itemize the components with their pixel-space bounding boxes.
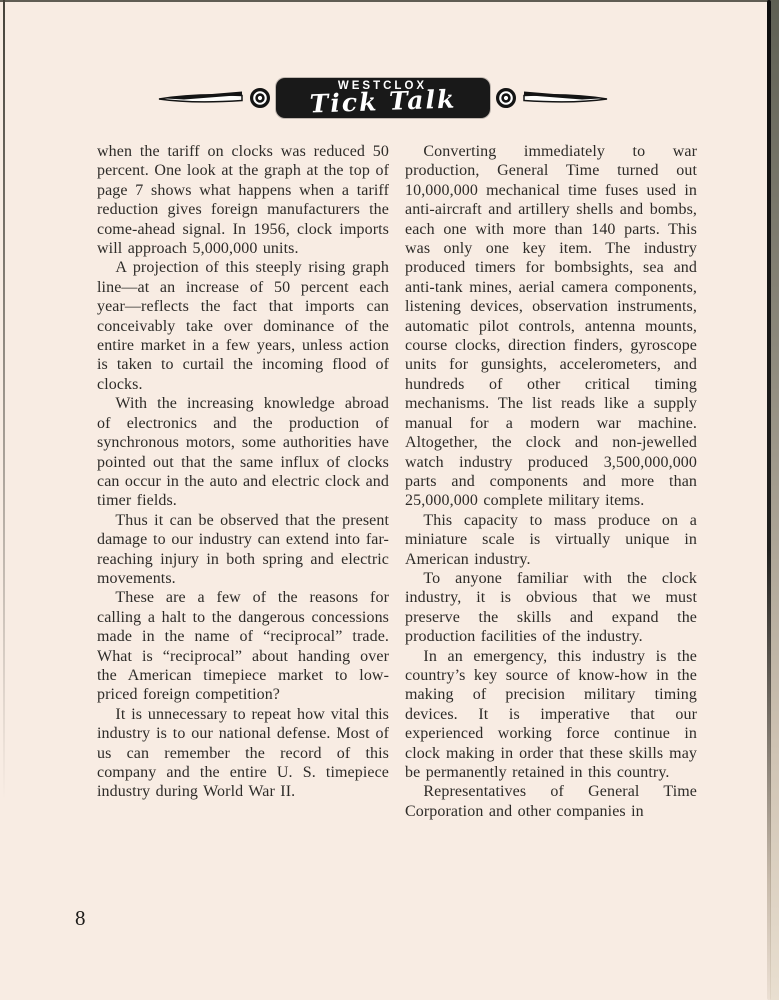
paragraph: Representatives of General Time Corporat… bbox=[405, 782, 697, 821]
page-number: 8 bbox=[75, 906, 86, 931]
paragraph: In an emergency, this industry is the co… bbox=[405, 647, 697, 783]
clock-hand-ornament-left-icon bbox=[158, 87, 244, 109]
grommet-ring-left-icon bbox=[249, 87, 271, 109]
paragraph: Converting immediately to war production… bbox=[405, 142, 697, 511]
paragraph: With the increasing knowledge abroad of … bbox=[97, 394, 389, 510]
logo-banner: WESTCLOX Tick Talk bbox=[276, 78, 490, 118]
clock-hand-ornament-right-icon bbox=[522, 87, 608, 109]
scan-edge-right-line bbox=[767, 0, 771, 1000]
paragraph: A projection of this steeply rising grap… bbox=[97, 258, 389, 394]
paragraph: Thus it can be observed that the present… bbox=[97, 511, 389, 589]
paragraph: when the tariff on clocks was reduced 50… bbox=[97, 142, 389, 258]
scan-edge-top bbox=[0, 0, 779, 2]
scan-edge-left bbox=[3, 0, 5, 1000]
article-body: when the tariff on clocks was reduced 50… bbox=[97, 142, 697, 821]
magazine-page-scan: WESTCLOX Tick Talk when the tariff on cl… bbox=[0, 0, 779, 1000]
paragraph: These are a few of the reasons for calli… bbox=[97, 588, 389, 704]
column-right: Converting immediately to war production… bbox=[405, 142, 697, 821]
masthead: WESTCLOX Tick Talk bbox=[0, 78, 765, 118]
scan-edge-right-strip bbox=[770, 0, 779, 1000]
column-left: when the tariff on clocks was reduced 50… bbox=[97, 142, 389, 821]
grommet-ring-right-icon bbox=[495, 87, 517, 109]
paragraph: It is unnecessary to repeat how vital th… bbox=[97, 705, 389, 802]
paragraph: To anyone familiar with the clock indust… bbox=[405, 569, 697, 647]
paragraph: This capacity to mass produce on a minia… bbox=[405, 511, 697, 569]
